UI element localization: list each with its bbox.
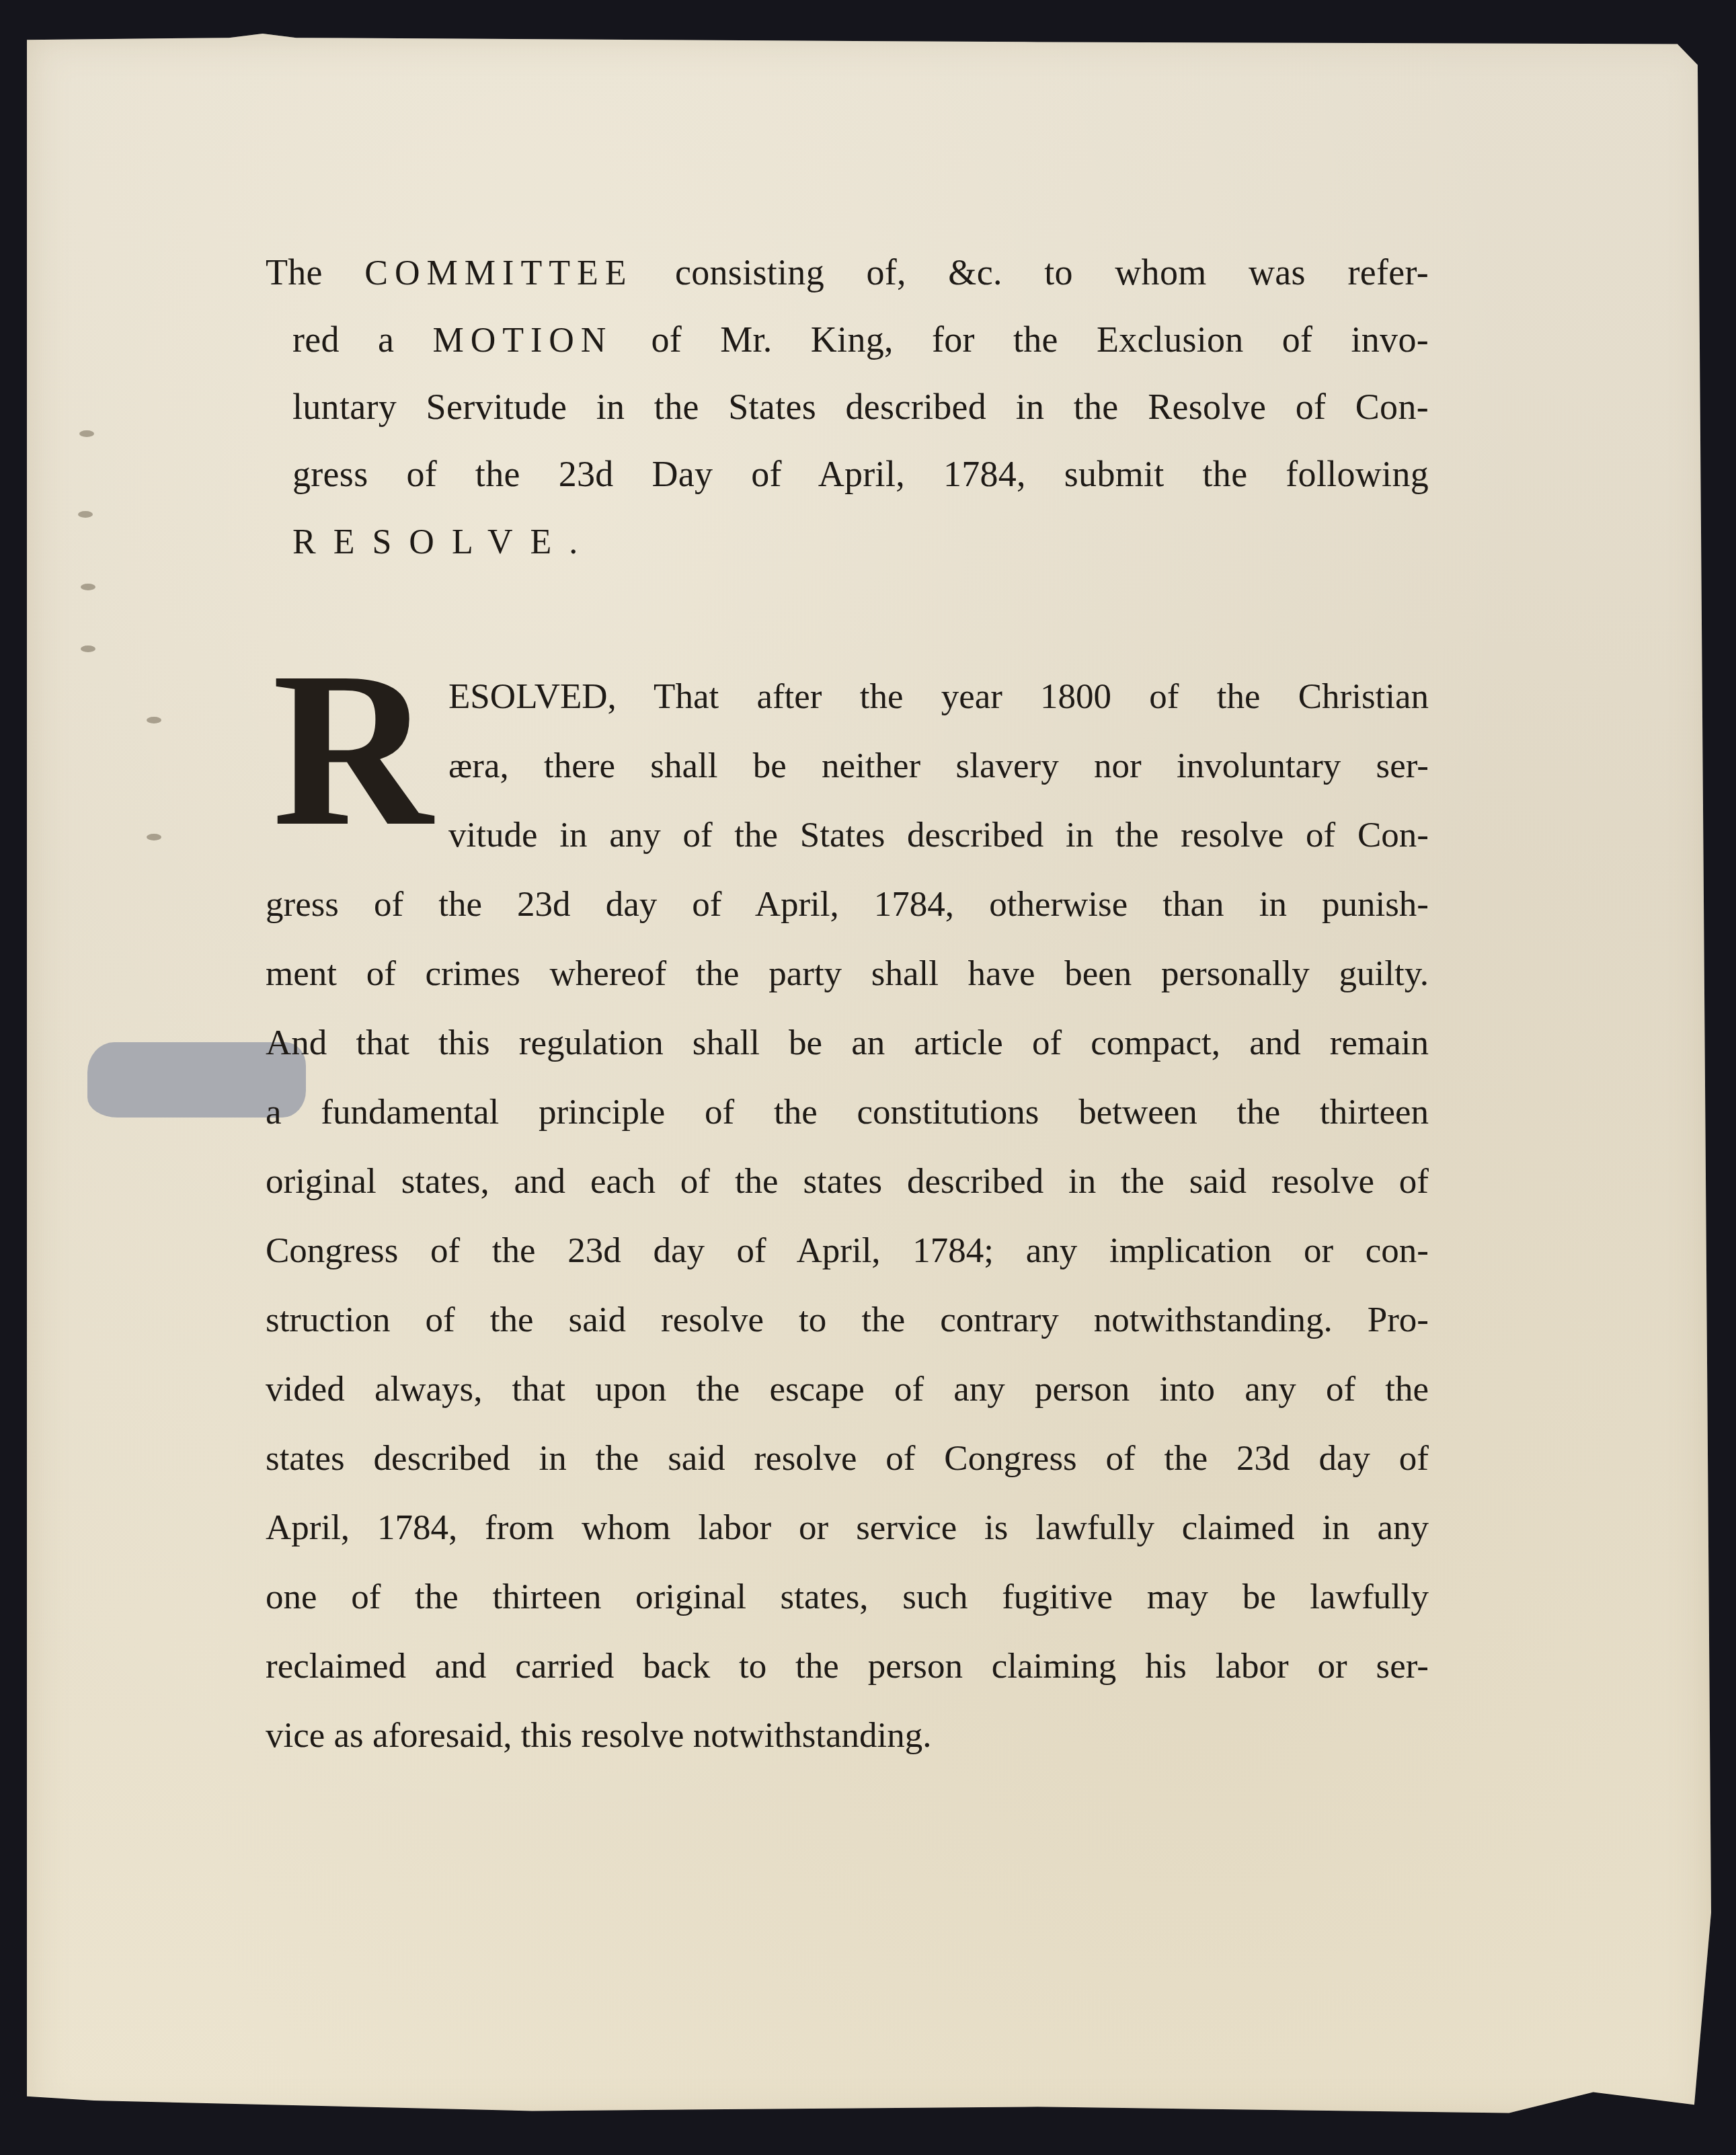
resolution-line: original states, and each of the states … [266, 1147, 1429, 1216]
resolution-line: gress of the 23d day of April, 1784, oth… [266, 870, 1429, 939]
drop-cap: R [272, 666, 447, 834]
resolution-line: reclaimed and carried back to the person… [266, 1632, 1429, 1701]
margin-smudge [81, 584, 95, 590]
resolution-line: April, 1784, from whom labor or service … [266, 1493, 1429, 1563]
margin-smudge [78, 511, 93, 518]
resolution-line: vice as aforesaid, this resolve notwiths… [266, 1701, 1429, 1770]
text: The [266, 252, 364, 292]
resolution: R ESOLVED, That after the year 1800 of t… [266, 662, 1429, 1770]
preamble-line: red a MOTION of Mr. King, for the Exclus… [266, 306, 1429, 373]
margin-smudge [147, 834, 161, 840]
margin-smudge [79, 430, 94, 437]
resolution-line: vided always, that upon the escape of an… [266, 1355, 1429, 1424]
margin-smudge [147, 717, 161, 723]
text: luntary Servitude in the States describe… [292, 387, 1429, 427]
resolution-line: states described in the said resolve of … [266, 1424, 1429, 1493]
motion-caps: MOTION [432, 321, 613, 360]
resolution-line: And that this regulation shall be an art… [266, 1009, 1429, 1078]
resolve-heading: RESOLVE. [292, 523, 595, 561]
text: of Mr. King, for the Exclusion of invo- [613, 319, 1429, 360]
resolution-line: one of the thirteen original states, suc… [266, 1563, 1429, 1632]
preamble-line: RESOLVE. [266, 508, 1429, 575]
preamble-line: luntary Servitude in the States describe… [266, 373, 1429, 440]
resolution-line: struction of the said resolve to the con… [266, 1286, 1429, 1355]
preamble-line: The COMMITTEE consisting of, &c. to whom… [266, 239, 1429, 306]
committee-caps: COMMITTEE [364, 254, 633, 292]
preamble: The COMMITTEE consisting of, &c. to whom… [266, 239, 1429, 575]
margin-smudge [81, 645, 95, 652]
resolution-line: Congress of the 23d day of April, 1784; … [266, 1216, 1429, 1286]
preamble-line: gress of the 23d Day of April, 1784, sub… [266, 440, 1429, 508]
text: consisting of, &c. to whom was refer- [633, 252, 1429, 292]
text: red a [292, 319, 432, 360]
resolution-line: a fundamental principle of the constitut… [266, 1078, 1429, 1147]
resolution-line: ment of crimes whereof the party shall h… [266, 939, 1429, 1009]
text: gress of the 23d Day of April, 1784, sub… [292, 454, 1429, 494]
